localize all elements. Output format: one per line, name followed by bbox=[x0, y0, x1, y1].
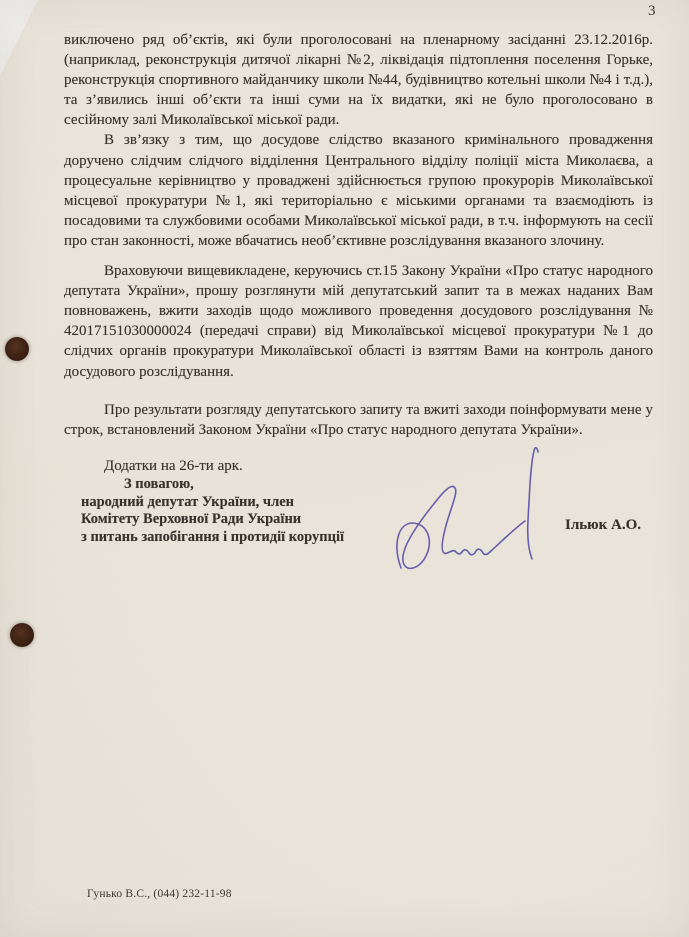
handwritten-signature-icon bbox=[385, 435, 555, 580]
paragraph: Про результати розгляду депутатського за… bbox=[64, 400, 653, 440]
paragraph: Враховуючи вищевикладене, керуючись ст.1… bbox=[64, 261, 653, 382]
closing-block: З повагою, народний депутат України, чле… bbox=[81, 476, 344, 546]
footer-contact: Гунько В.С., (044) 232-11-98 bbox=[87, 888, 232, 900]
closing-role-line: Комітету Верховної Ради України bbox=[81, 511, 344, 529]
closing-role-line: народний депутат України, член bbox=[81, 494, 344, 512]
closing-role-line: з питань запобігання і протидії корупції bbox=[81, 529, 344, 547]
binder-hole-icon bbox=[10, 623, 34, 647]
signer-name: Ільюк А.О. bbox=[565, 517, 641, 534]
page-number: 3 bbox=[648, 3, 656, 20]
signature-stroke bbox=[528, 448, 538, 559]
attachments-note: Додатки на 26-ти арк. bbox=[64, 456, 653, 476]
paragraph: В зв’язку з тим, що досудове слідство вк… bbox=[64, 130, 653, 251]
binder-hole-icon bbox=[5, 337, 29, 361]
signature-stroke bbox=[397, 486, 525, 568]
document-body: виключено ряд об’єктів, які були проголо… bbox=[64, 30, 653, 476]
scanned-document-page: 3 виключено ряд об’єктів, які були прого… bbox=[0, 0, 689, 937]
closing-salutation: З повагою, bbox=[81, 476, 344, 494]
page-corner-fold bbox=[0, 0, 38, 76]
paragraph: виключено ряд об’єктів, які були проголо… bbox=[64, 30, 653, 130]
